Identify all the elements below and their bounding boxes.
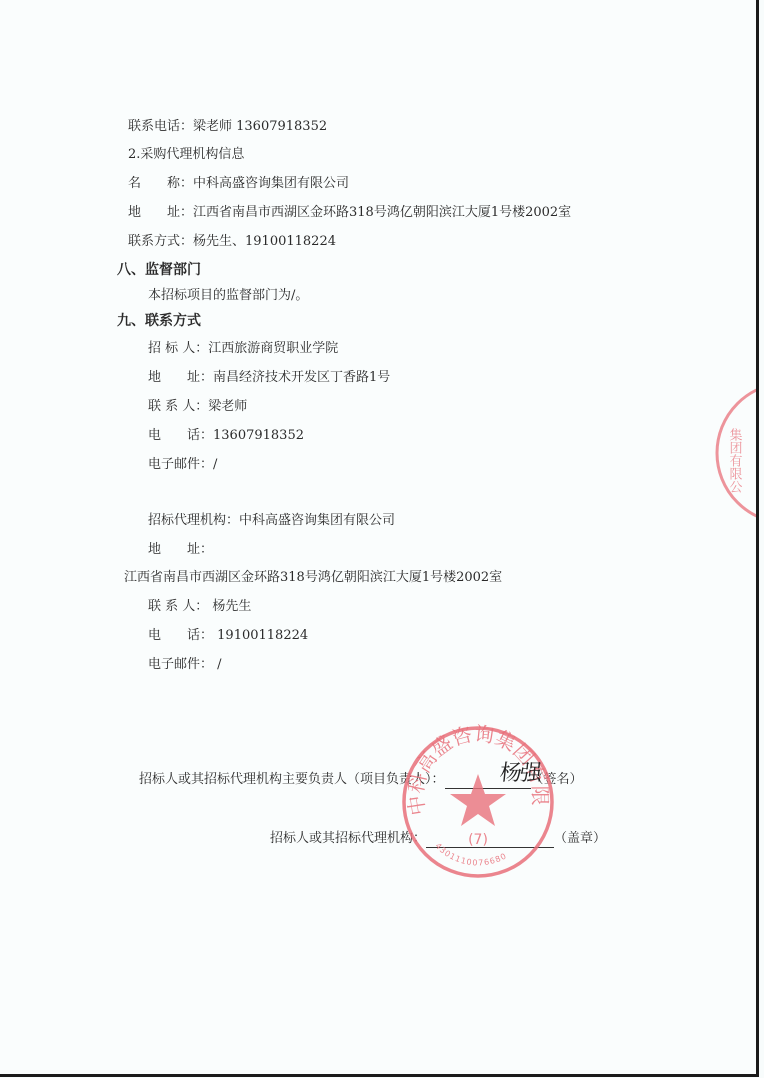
tenderer-name-value: 江西旅游商贸职业学院 xyxy=(208,341,338,356)
tenderer-phone-label: 电 话： xyxy=(148,428,213,443)
tenderer-email-label: 电子邮件： xyxy=(148,457,213,472)
agency-contact-row: 联系方式：杨先生、19100118224 xyxy=(128,233,336,251)
section8-body: 本招标项目的监督部门为/。 xyxy=(148,287,308,305)
tenderer-name-row: 招 标 人：江西旅游商贸职业学院 xyxy=(148,340,338,358)
tenderer-address-row: 地 址：南昌经济技术开发区丁香路1号 xyxy=(148,369,390,387)
tenderer-email-row: 电子邮件：/ xyxy=(148,456,217,474)
agency-name-value: 中科高盛咨询集团有限公司 xyxy=(193,176,349,191)
agency-contact-label: 联系方式： xyxy=(128,233,193,251)
agency2-contact-label: 联 系 人： xyxy=(148,599,208,614)
tenderer-email-value: / xyxy=(213,457,217,472)
star-icon xyxy=(450,774,506,826)
side-stamp-text: 集团有限公 xyxy=(727,427,743,494)
agency2-phone-label: 电 话： xyxy=(148,628,213,643)
handwritten-signature: 杨强 xyxy=(498,756,541,787)
agency2-name-value: 中科高盛咨询集团有限公司 xyxy=(239,513,395,528)
tenderer-address-label: 地 址： xyxy=(148,370,213,385)
agency-name-row: 名 称：中科高盛咨询集团有限公司 xyxy=(128,175,349,193)
agency2-contact-row: 联 系 人： 杨先生 xyxy=(148,598,251,616)
agency2-address-value: 江西省南昌市西湖区金环路318号鸿亿朝阳滨江大厦1号楼2002室 xyxy=(124,569,502,587)
agency2-email-label: 电子邮件： xyxy=(148,657,213,672)
tenderer-contact-label: 联 系 人： xyxy=(148,399,208,414)
stamp-code: (7) xyxy=(468,832,488,848)
tenderer-name-label: 招 标 人： xyxy=(148,341,208,356)
agency-address-row: 地 址：江西省南昌市西湖区金环路318号鸿亿朝阳滨江大厦1号楼2002室 xyxy=(128,204,571,222)
agency2-email-value: / xyxy=(217,657,221,672)
document-page: 联系电话：梁老师 13607918352 2.采购代理机构信息 名 称：中科高盛… xyxy=(0,0,759,1077)
agency-address-value: 江西省南昌市西湖区金环路318号鸿亿朝阳滨江大厦1号楼2002室 xyxy=(193,205,571,220)
agency2-contact-value: 杨先生 xyxy=(212,599,251,614)
tenderer-address-value: 南昌经济技术开发区丁香路1号 xyxy=(213,370,390,385)
company-seal-stamp: 中科高盛咨询集团有限公司 (7) 4301110076680 xyxy=(398,722,558,882)
tenderer-contact-row: 联 系 人：梁老师 xyxy=(148,398,247,416)
tenderer-contact-value: 梁老师 xyxy=(208,399,247,414)
agency-info-heading: 2.采购代理机构信息 xyxy=(128,146,244,164)
procurer-phone-line: 联系电话：梁老师 13607918352 xyxy=(128,118,327,136)
agency2-address-label: 地 址： xyxy=(148,541,213,559)
agency2-name-row: 招标代理机构：中科高盛咨询集团有限公司 xyxy=(148,512,395,530)
side-seal-stamp: 集团有限公 xyxy=(712,378,756,528)
tenderer-phone-row: 电 话：13607918352 xyxy=(148,427,304,445)
agency2-phone-row: 电 话： 19100118224 xyxy=(148,627,308,645)
agency2-phone-value: 19100118224 xyxy=(217,628,308,643)
agency-address-label: 地 址： xyxy=(128,204,193,222)
agency2-name-label: 招标代理机构： xyxy=(148,513,239,528)
agency2-email-row: 电子邮件： / xyxy=(148,656,222,674)
agency-name-label: 名 称： xyxy=(128,175,193,193)
section9-heading: 九、联系方式 xyxy=(117,312,201,330)
tenderer-phone-value: 13607918352 xyxy=(213,428,304,443)
seal-suffix: （盖章） xyxy=(554,831,606,846)
agency-contact-value: 杨先生、19100118224 xyxy=(193,234,336,249)
section8-heading: 八、监督部门 xyxy=(117,261,201,279)
